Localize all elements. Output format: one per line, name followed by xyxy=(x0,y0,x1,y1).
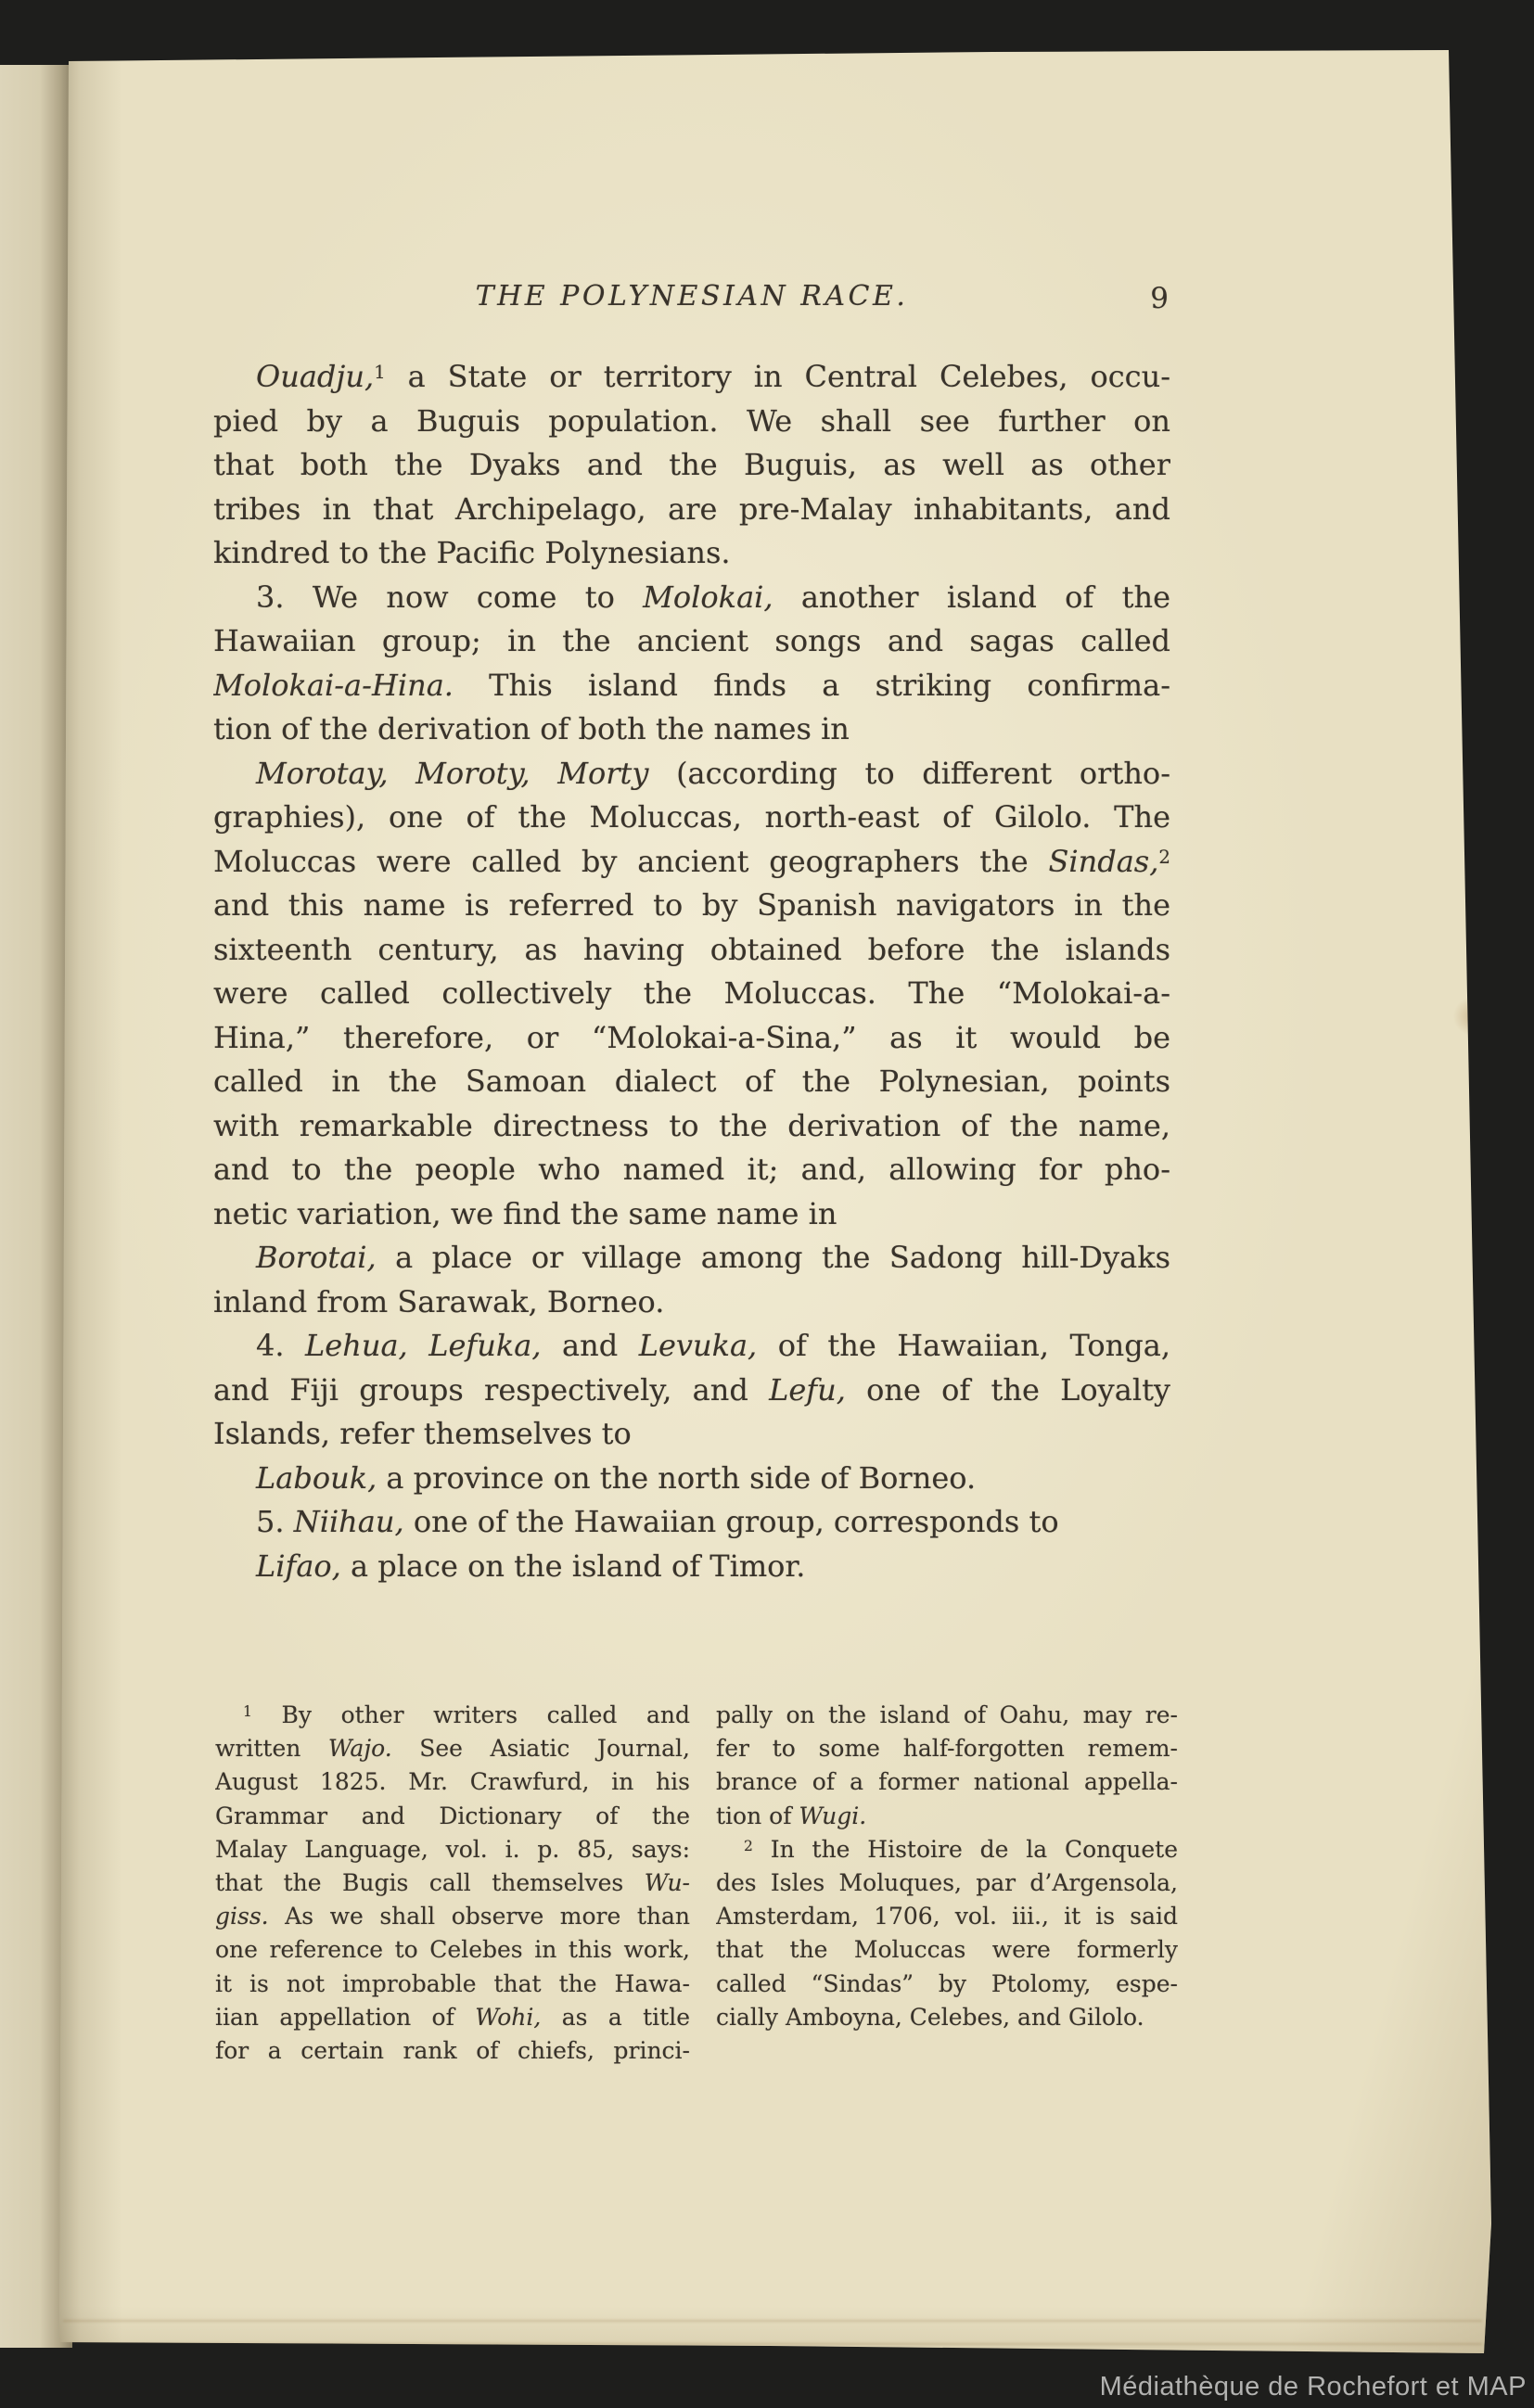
footnote-line: for a certain rank of chiefs, princi- xyxy=(215,2034,690,2068)
book-page: THE POLYNESIAN RACE. 9 Ouadju,1 a State … xyxy=(56,46,1491,2357)
body-line: 5. Niihau, one of the Hawaiian group, co… xyxy=(213,1500,1170,1545)
body-line: netic variation, we find the same name i… xyxy=(213,1192,1170,1237)
footnote-line: brance of a former national appella- xyxy=(716,1765,1178,1799)
footnote-line: that the Bugis call themselves Wu- xyxy=(215,1867,690,1900)
body-line: tribes in that Archipelago, are pre-Mala… xyxy=(213,488,1170,532)
body-line: Islands, refer themselves to xyxy=(213,1412,1170,1457)
footnote-line: 1 By other writers called and xyxy=(215,1699,690,1732)
body-line: Hawaiian group; in the ancient songs and… xyxy=(213,619,1170,664)
footnote-line: August 1825. Mr. Crawfurd, in his xyxy=(215,1765,690,1799)
body-line: Borotai, a place or village among the Sa… xyxy=(213,1236,1170,1280)
body-line: Moluccas were called by ancient geograph… xyxy=(213,840,1170,885)
body-line: Labouk, a province on the north side of … xyxy=(213,1457,1170,1501)
deckle-stain-line xyxy=(63,2343,1482,2345)
footnote-line: written Wajo. See Asiatic Journal, xyxy=(215,1732,690,1765)
footnote-line: des Isles Moluques, par d’Argensola, xyxy=(716,1867,1178,1900)
body-line: Ouadju,1 a State or territory in Central… xyxy=(213,355,1170,400)
body-line: with remarkable directness to the deriva… xyxy=(213,1104,1170,1149)
body-line: 4. Lehua, Lefuka, and Levuka, of the Haw… xyxy=(213,1324,1170,1369)
page-number: 9 xyxy=(1150,282,1169,315)
footnote-line: iian appellation of Wohi, as a title xyxy=(215,2001,690,2034)
footnote-line: that the Moluccas were formerly xyxy=(716,1933,1178,1967)
body-line: and to the people who named it; and, all… xyxy=(213,1148,1170,1192)
body-line: were called collectively the Moluccas. T… xyxy=(213,972,1170,1016)
body-line: graphies), one of the Moluccas, north-ea… xyxy=(213,796,1170,840)
body-line: kindred to the Pacific Polynesians. xyxy=(213,531,1170,576)
footnote-line: giss. As we shall observe more than xyxy=(215,1900,690,1933)
footnote-line: called “Sindas” by Ptolomy, espe- xyxy=(716,1968,1178,2001)
body-line: sixteenth century, as having obtained be… xyxy=(213,928,1170,973)
footnote-line: one reference to Celebes in this work, xyxy=(215,1933,690,1967)
footnote-right-column: pally on the island of Oahu, may re-fer … xyxy=(716,1699,1178,2068)
footnote-line: pally on the island of Oahu, may re- xyxy=(716,1699,1178,1732)
footnote-line: Grammar and Dictionary of the xyxy=(215,1800,690,1833)
body-line: Lifao, a place on the island of Timor. xyxy=(213,1545,1170,1589)
body-line: tion of the derivation of both the names… xyxy=(213,707,1170,752)
body-line: and Fiji groups respectively, and Lefu, … xyxy=(213,1369,1170,1413)
footnote-line: Malay Language, vol. i. p. 85, says: xyxy=(215,1833,690,1867)
scanned-book-photo: THE POLYNESIAN RACE. 9 Ouadju,1 a State … xyxy=(0,0,1534,2408)
deckle-stain-line xyxy=(63,2320,1482,2322)
page-header: THE POLYNESIAN RACE. 9 xyxy=(213,280,1170,355)
body-line: pied by a Buguis population. We shall se… xyxy=(213,400,1170,444)
footnote-line: fer to some half-forgotten remem- xyxy=(716,1732,1178,1765)
body-line: called in the Samoan dialect of the Poly… xyxy=(213,1060,1170,1104)
footnote-line: it is not improbable that the Hawa- xyxy=(215,1968,690,2001)
body-line: Hina,” therefore, or “Molokai-a-Sina,” a… xyxy=(213,1016,1170,1061)
body-text: Ouadju,1 a State or territory in Central… xyxy=(213,355,1170,1588)
watermark: Médiathèque de Rochefort et MAP xyxy=(1100,2372,1527,2402)
text-area: THE POLYNESIAN RACE. 9 Ouadju,1 a State … xyxy=(213,280,1170,1588)
body-line: that both the Dyaks and the Buguis, as w… xyxy=(213,443,1170,488)
body-line: and this name is referred to by Spanish … xyxy=(213,884,1170,928)
footnote-line: tion of Wugi. xyxy=(716,1800,1178,1833)
body-line: inland from Sarawak, Borneo. xyxy=(213,1280,1170,1325)
body-line: Molokai-a-Hina. This island finds a stri… xyxy=(213,664,1170,708)
footnote-line: Amsterdam, 1706, vol. iii., it is said xyxy=(716,1900,1178,1933)
footnotes: 1 By other writers called andwritten Waj… xyxy=(215,1699,1180,2068)
body-line: Morotay, Moroty, Morty (according to dif… xyxy=(213,752,1170,796)
footnote-line: 2 In the Histoire de la Conquete xyxy=(716,1833,1178,1867)
running-title: THE POLYNESIAN RACE. xyxy=(213,280,1170,312)
body-line: 3. We now come to Molokai, another islan… xyxy=(213,576,1170,620)
footnote-left-column: 1 By other writers called andwritten Waj… xyxy=(215,1699,690,2068)
footnote-line: cially Amboyna, Celebes, and Gilolo. xyxy=(716,2001,1178,2034)
